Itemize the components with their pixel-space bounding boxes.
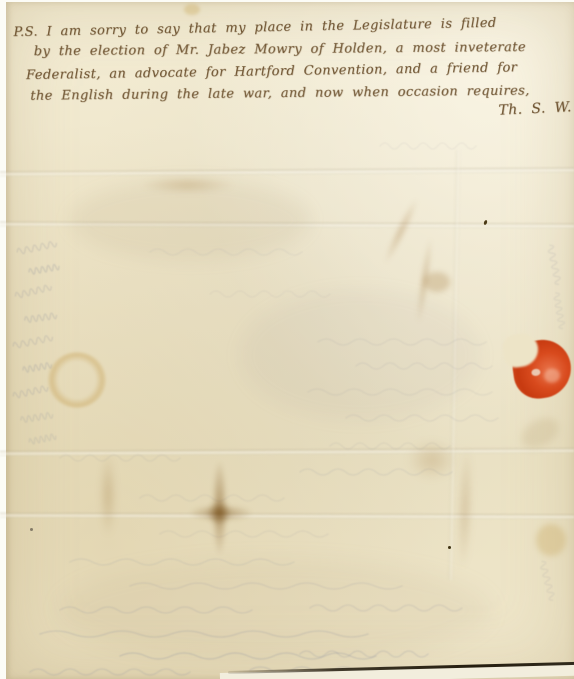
vertical-streak-stain (100, 455, 116, 535)
postscript-line-2: by the election of Mr. Jabez Mowry of Ho… (34, 40, 526, 59)
postscript-line-4: the English during the late war, and now… (30, 83, 530, 103)
signature-initials: Th. S. W. (498, 99, 572, 118)
postscript-text-block: P.S. I am sorry to say that my place in … (0, 0, 574, 144)
paper-mottling-patch (240, 290, 480, 420)
postscript-line-3: Federalist, an advocate for Hartford Con… (26, 60, 517, 83)
ring-water-stain (48, 352, 106, 408)
cross-stain-core (206, 500, 232, 526)
wax-seal (509, 336, 574, 402)
fold-smudge-stain (140, 176, 235, 194)
postscript-line-1: P.S. I am sorry to say that my place in … (13, 16, 496, 40)
right-edge-stain (536, 524, 566, 556)
center-blot-stain (408, 440, 456, 480)
ink-speck (30, 528, 33, 531)
paper-mottling-patch (60, 560, 490, 660)
scanned-letter-page: P.S. I am sorry to say that my place in … (0, 0, 574, 679)
brown-blot-stain (424, 272, 450, 292)
ink-speck (448, 546, 451, 549)
